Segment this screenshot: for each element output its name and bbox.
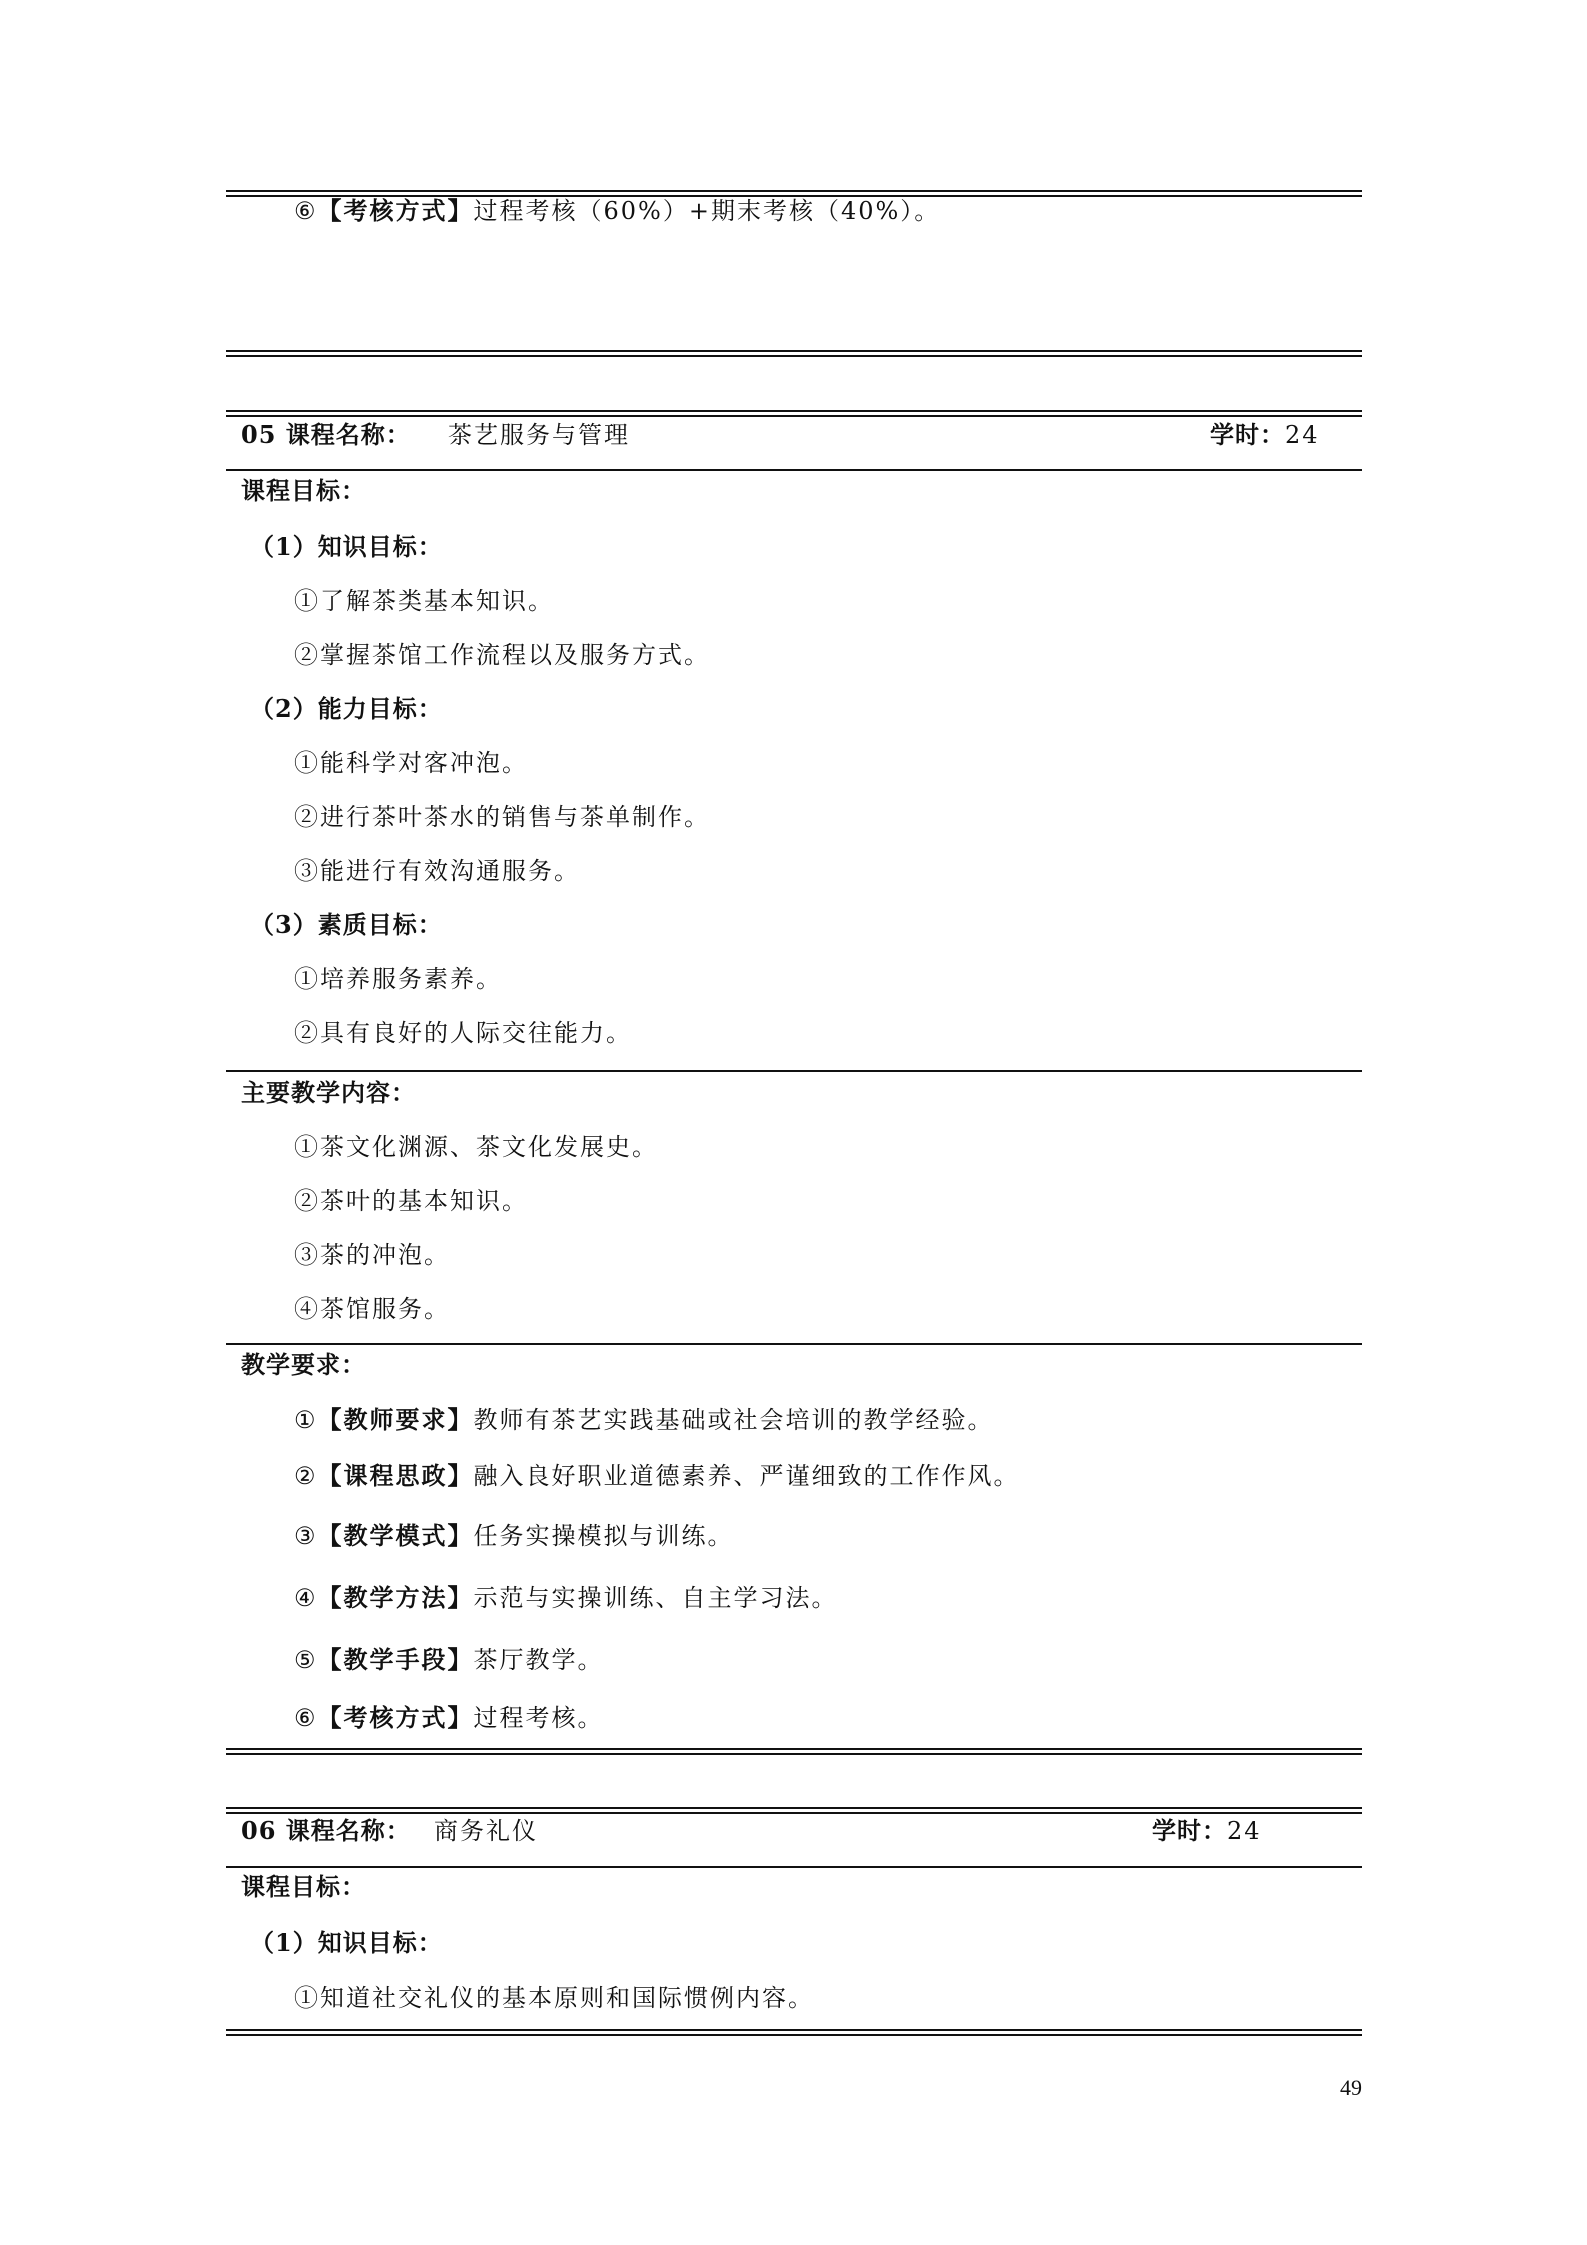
goal-item: ②掌握茶馆工作流程以及服务方式。 xyxy=(294,640,710,670)
course-06-title-label: 06 课程名称： xyxy=(241,1816,411,1846)
item-number: ⑥ xyxy=(294,197,318,225)
course-05-hours: 学时：24 xyxy=(1210,420,1320,450)
goal-item: ①知道社交礼仪的基本原则和国际惯例内容。 xyxy=(294,1983,814,2013)
requirement-item: ⑤【教学手段】茶厅教学。 xyxy=(294,1645,604,1675)
content-item: ①茶文化渊源、茶文化发展史。 xyxy=(294,1132,658,1162)
requirement-item: ②【课程思政】融入良好职业道德素养、严谨细致的工作作风。 xyxy=(294,1461,1020,1491)
item-text: 过程考核（60%）+期末考核（40%）。 xyxy=(474,197,941,225)
content-item: ②茶叶的基本知识。 xyxy=(294,1186,528,1216)
course-06-top-border xyxy=(226,1807,1362,1814)
goals-title: 课程目标： xyxy=(241,476,366,506)
course-05-top-border xyxy=(226,410,1362,417)
goal-item: ①培养服务素养。 xyxy=(294,964,502,994)
requirement-item: ①【教师要求】教师有茶艺实践基础或社会培训的教学经验。 xyxy=(294,1405,994,1435)
divider xyxy=(226,469,1362,471)
goal-group-title: （1）知识目标： xyxy=(250,532,443,562)
requirement-item: ⑥【考核方式】过程考核。 xyxy=(294,1703,604,1733)
goal-group-title: （1）知识目标： xyxy=(250,1928,443,1958)
goal-item: ②具有良好的人际交往能力。 xyxy=(294,1018,632,1048)
goal-item: ①能科学对客冲泡。 xyxy=(294,748,528,778)
content-title: 主要教学内容： xyxy=(241,1078,416,1108)
content-item: ③茶的冲泡。 xyxy=(294,1240,450,1270)
item-tag: 【考核方式】 xyxy=(318,196,474,225)
course-05-name: 茶艺服务与管理 xyxy=(448,420,630,450)
requirement-item: ④【教学方法】示范与实操训练、自主学习法。 xyxy=(294,1583,838,1613)
divider xyxy=(226,1866,1362,1868)
requirement-item: ③【教学模式】任务实操模拟与训练。 xyxy=(294,1521,734,1551)
table-bottom-border xyxy=(226,2029,1362,2036)
divider xyxy=(226,1343,1362,1345)
table-bottom-border xyxy=(226,350,1362,357)
goal-item: ②进行茶叶茶水的销售与茶单制作。 xyxy=(294,802,710,832)
goal-group-title: （2）能力目标： xyxy=(250,694,443,724)
content-item: ④茶馆服务。 xyxy=(294,1294,450,1324)
assessment-item: ⑥【考核方式】过程考核（60%）+期末考核（40%）。 xyxy=(294,196,940,226)
divider xyxy=(226,1070,1362,1072)
goal-item: ③能进行有效沟通服务。 xyxy=(294,856,580,886)
course-06-hours: 学时：24 xyxy=(1152,1816,1262,1846)
goal-item: ①了解茶类基本知识。 xyxy=(294,586,554,616)
page-number: 49 xyxy=(1340,2075,1362,2101)
requirements-title: 教学要求： xyxy=(241,1350,366,1380)
course-06-name: 商务礼仪 xyxy=(434,1816,538,1846)
course-05-title-label: 05 课程名称： xyxy=(241,420,411,450)
course-05-bottom-border xyxy=(226,1748,1362,1755)
goal-group-title: （3）素质目标： xyxy=(250,910,443,940)
goals-title: 课程目标： xyxy=(241,1872,366,1902)
